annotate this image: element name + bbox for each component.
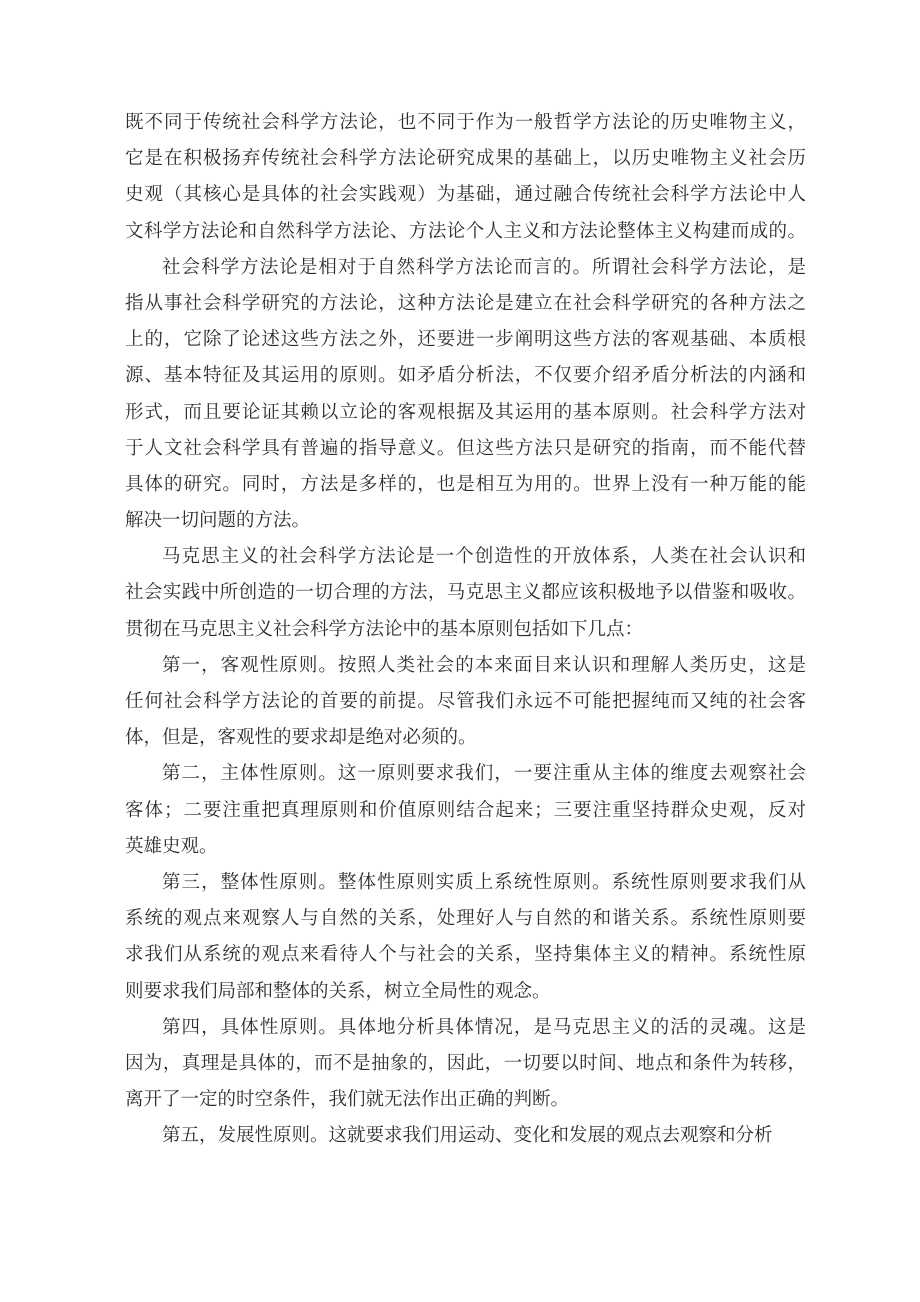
text-line: 具体的研究。同时，方法是多样的，也是相互为用的。世界上没有一种万能的能	[125, 467, 806, 503]
text-line: 于人文社会科学具有普遍的指导意义。但这些方法只是研究的指南，而不能代替	[125, 431, 806, 467]
text-line: 第一，客观性原则。按照人类社会的本来面目来认识和理解人类历史，这是	[125, 648, 806, 684]
text-line: 求我们从系统的观点来看待人个与社会的关系，坚持集体主义的精神。系统性原	[125, 937, 806, 973]
text-line: 解决一切问题的方法。	[125, 503, 806, 539]
text-line: 则要求我们局部和整体的关系，树立全局性的观念。	[125, 974, 806, 1010]
text-line: 体，但是，客观性的要求却是绝对必须的。	[125, 720, 806, 756]
text-line: 系统的观点来观察人与自然的关系，处理好人与自然的和谐关系。系统性原则要	[125, 901, 806, 937]
text-line: 它是在积极扬弃传统社会科学方法论研究成果的基础上，以历史唯物主义社会历	[125, 141, 806, 177]
text-line: 形式，而且要论证其赖以立论的客观根据及其运用的基本原则。社会科学方法对	[125, 395, 806, 431]
text-line: 第五，发展性原则。这就要求我们用运动、变化和发展的观点去观察和分析	[125, 1118, 806, 1154]
text-line: 马克思主义的社会科学方法论是一个创造性的开放体系，人类在社会认识和	[125, 539, 806, 575]
document-text-block: 既不同于传统社会科学方法论，也不同于作为一般哲学方法论的历史唯物主义，它是在积极…	[125, 105, 806, 1154]
text-line: 源、基本特征及其运用的原则。如矛盾分析法，不仅要介绍矛盾分析法的内涵和	[125, 358, 806, 394]
text-line: 因为，真理是具体的，而不是抽象的，因此，一切要以时间、地点和条件为转移，	[125, 1046, 806, 1082]
text-line: 贯彻在马克思主义社会科学方法论中的基本原则包括如下几点：	[125, 612, 806, 648]
text-line: 离开了一定的时空条件，我们就无法作出正确的判断。	[125, 1082, 806, 1118]
text-line: 第四，具体性原则。具体地分析具体情况，是马克思主义的活的灵魂。这是	[125, 1010, 806, 1046]
text-line: 英雄史观。	[125, 829, 806, 865]
text-line: 社会实践中所创造的一切合理的方法，马克思主义都应该积极地予以借鉴和吸收。	[125, 575, 806, 611]
text-line: 社会科学方法论是相对于自然科学方法论而言的。所谓社会科学方法论，是	[125, 250, 806, 286]
text-line: 史观（其核心是具体的社会实践观）为基础，通过融合传统社会科学方法论中人	[125, 177, 806, 213]
text-line: 指从事社会科学研究的方法论，这种方法论是建立在社会科学研究的各种方法之	[125, 286, 806, 322]
text-line: 既不同于传统社会科学方法论，也不同于作为一般哲学方法论的历史唯物主义，	[125, 105, 806, 141]
text-line: 客体；二要注重把真理原则和价值原则结合起来；三要注重坚持群众史观，反对	[125, 793, 806, 829]
text-line: 上的，它除了论述这些方法之外，还要进一步阐明这些方法的客观基础、本质根	[125, 322, 806, 358]
text-line: 第三，整体性原则。整体性原则实质上系统性原则。系统性原则要求我们从	[125, 865, 806, 901]
text-line: 文科学方法论和自然科学方法论、方法论个人主义和方法论整体主义构建而成的。	[125, 214, 806, 250]
document-page: 既不同于传统社会科学方法论，也不同于作为一般哲学方法论的历史唯物主义，它是在积极…	[0, 0, 920, 1302]
text-line: 第二，主体性原则。这一原则要求我们，一要注重从主体的维度去观察社会	[125, 756, 806, 792]
text-line: 任何社会科学方法论的首要的前提。尽管我们永远不可能把握纯而又纯的社会客	[125, 684, 806, 720]
